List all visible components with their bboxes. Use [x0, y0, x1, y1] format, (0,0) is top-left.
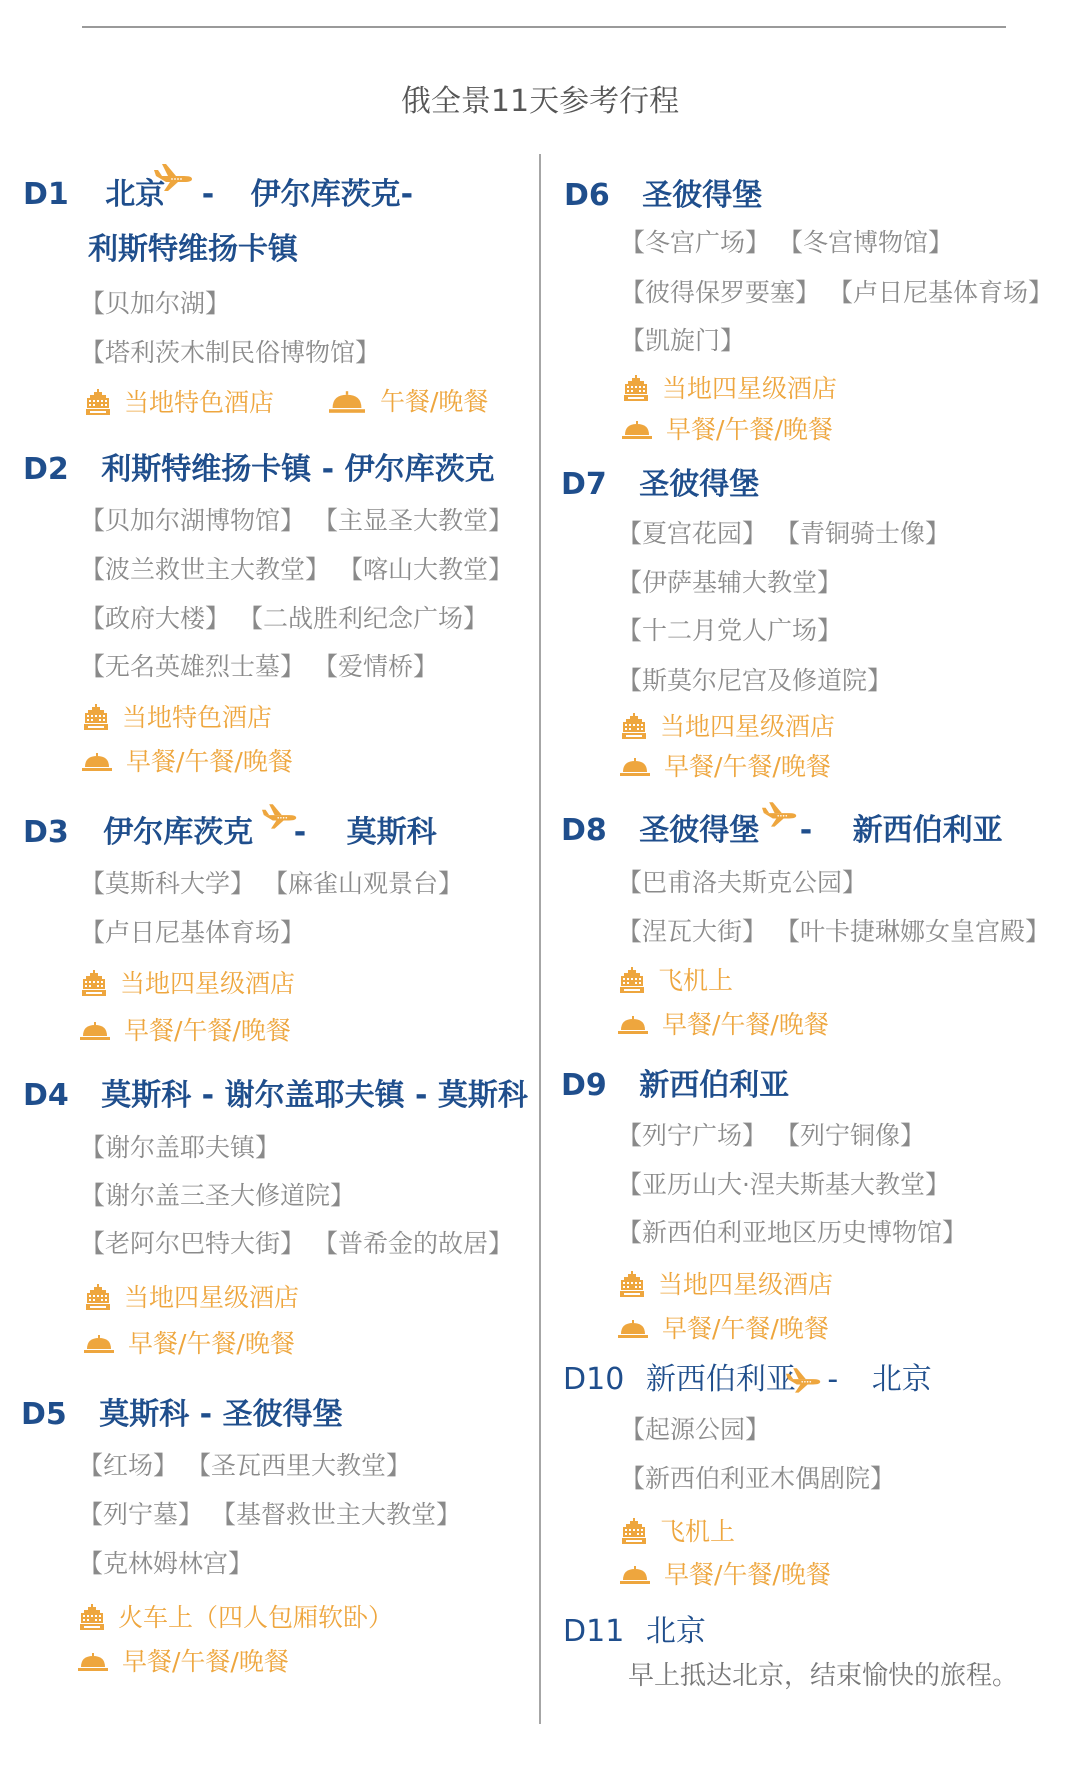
- hotel-info: 当地四星级酒店: [624, 375, 837, 401]
- day-note: 早上抵达北京，结束愉快的旅程。: [628, 1663, 1018, 1689]
- route-separator: -: [827, 1362, 838, 1397]
- day-number: D2: [23, 452, 69, 487]
- sight-line: 【十二月党人广场】: [617, 618, 842, 643]
- sight-line: 【政府大楼】 【二战胜利纪念广场】: [80, 606, 488, 631]
- sight-line: 【伊萨基辅大教堂】: [617, 570, 842, 595]
- hotel-text: 当地四星级酒店: [660, 714, 835, 739]
- hotel-text: 当地特色酒店: [124, 390, 274, 415]
- day-number: D9: [561, 1068, 607, 1103]
- hotel-icon: [624, 375, 648, 401]
- meal-info: 早餐/午餐/晚餐: [78, 1649, 289, 1674]
- hotel-info: 飞机上: [622, 1518, 735, 1544]
- top-divider-rule: [82, 26, 1006, 28]
- meal-cloche-icon: [620, 1565, 650, 1585]
- hotel-info: 当地四星级酒店: [86, 1284, 299, 1310]
- hotel-info: 火车上（四人包厢软卧）: [80, 1604, 393, 1630]
- meal-info: 早餐/午餐/晚餐: [620, 754, 831, 779]
- meal-text: 早餐/午餐/晚餐: [126, 749, 293, 774]
- meal-text: 早餐/午餐/晚餐: [128, 1331, 295, 1356]
- day-number: D6: [564, 178, 610, 213]
- sight-line: 【塔利茨木制民俗博物馆】: [80, 340, 380, 365]
- sight-line: 【老阿尔巴特大街】 【普希金的故居】: [80, 1231, 513, 1256]
- sight-line: 【亚历山大·涅夫斯基大教堂】: [617, 1172, 950, 1197]
- hotel-icon: [86, 389, 110, 415]
- meal-cloche-icon: [84, 1334, 114, 1354]
- route-to: 伊尔库茨克-: [251, 177, 413, 212]
- sight-line: 【起源公园】: [620, 1417, 770, 1442]
- route-from: 圣彼得堡: [639, 813, 759, 848]
- day-title: D2 利斯特维扬卡镇 - 伊尔库茨克: [23, 455, 495, 485]
- day-title: D4 莫斯科 - 谢尔盖耶夫镇 - 莫斯科: [23, 1081, 528, 1111]
- route: 莫斯科 - 圣彼得堡: [99, 1397, 342, 1432]
- sight-line: 【红场】 【圣瓦西里大教堂】: [78, 1453, 411, 1478]
- hotel-text: 当地四星级酒店: [120, 971, 295, 996]
- meal-cloche-icon: [618, 1015, 648, 1035]
- sight-line: 【波兰救世主大教堂】 【喀山大教堂】: [80, 557, 513, 582]
- hotel-info: 当地四星级酒店: [622, 713, 835, 739]
- meal-cloche-icon: [80, 1021, 110, 1041]
- meal-text: 午餐/晚餐: [380, 389, 488, 414]
- hotel-info: 当地特色酒店: [84, 704, 272, 730]
- route-from: 新西伯利亚: [646, 1362, 796, 1397]
- hotel-info: 当地四星级酒店: [82, 970, 295, 996]
- meal-cloche-icon: [328, 390, 366, 414]
- route: 圣彼得堡: [642, 178, 762, 213]
- day-title: D10 新西伯利亚 - 北京: [563, 1365, 932, 1395]
- day-title: D6 圣彼得堡: [564, 181, 762, 211]
- sight-line: 【涅瓦大街】 【叶卡捷琳娜女皇宫殿】: [617, 919, 1050, 944]
- hotel-text: 飞机上: [658, 968, 733, 993]
- route-from: 伊尔库茨克: [103, 815, 253, 850]
- sight-line: 【无名英雄烈士墓】 【爱情桥】: [80, 654, 438, 679]
- plane-icon: [154, 162, 194, 192]
- day-title: D9 新西伯利亚: [561, 1071, 789, 1101]
- meal-info: 早餐/午餐/晚餐: [618, 1012, 829, 1037]
- meal-cloche-icon: [618, 1319, 648, 1339]
- route: 利斯特维扬卡镇 - 伊尔库茨克: [101, 452, 494, 487]
- hotel-text: 火车上（四人包厢软卧）: [118, 1605, 393, 1630]
- route-to: 莫斯科: [347, 815, 437, 850]
- sight-line: 【夏宫花园】 【青铜骑士像】: [617, 521, 950, 546]
- meal-cloche-icon: [78, 1652, 108, 1672]
- plane-icon: [762, 800, 798, 828]
- day-title: D7 圣彼得堡: [561, 470, 759, 500]
- sight-line: 【莫斯科大学】 【麻雀山观景台】: [80, 871, 463, 896]
- hotel-icon: [620, 967, 644, 993]
- hotel-icon: [80, 1604, 104, 1630]
- route: 北京: [646, 1614, 706, 1649]
- day-title: D5 莫斯科 - 圣彼得堡: [21, 1400, 343, 1430]
- sight-line: 【谢尔盖耶夫镇】: [80, 1135, 280, 1160]
- meal-info: 早餐/午餐/晚餐: [620, 1562, 831, 1587]
- route-separator: -: [202, 177, 214, 212]
- meal-text: 早餐/午餐/晚餐: [662, 1316, 829, 1341]
- day-title: D3 伊尔库茨克 - 莫斯科: [23, 818, 437, 848]
- meal-text: 早餐/午餐/晚餐: [664, 1562, 831, 1587]
- hotel-text: 当地四星级酒店: [658, 1272, 833, 1297]
- day-number: D5: [21, 1397, 67, 1432]
- meal-info: 午餐/晚餐: [328, 389, 488, 414]
- route-to: 北京: [872, 1362, 932, 1397]
- route-separator: -: [800, 813, 812, 848]
- sight-line: 【卢日尼基体育场】: [80, 920, 305, 945]
- meal-cloche-icon: [82, 752, 112, 772]
- meal-info: 早餐/午餐/晚餐: [84, 1331, 295, 1356]
- sight-line: 【新西伯利亚地区历史博物馆】: [617, 1220, 967, 1245]
- meal-info: 早餐/午餐/晚餐: [618, 1316, 829, 1341]
- sight-line: 【彼得保罗要塞】 【卢日尼基体育场】: [620, 280, 1053, 305]
- column-divider: [539, 154, 541, 1724]
- meal-cloche-icon: [620, 757, 650, 777]
- sight-line: 【克林姆林宫】: [78, 1551, 253, 1576]
- route: 新西伯利亚: [639, 1068, 789, 1103]
- plane-icon: [262, 802, 298, 830]
- hotel-info: 当地特色酒店: [86, 389, 274, 415]
- meal-info: 早餐/午餐/晚餐: [82, 749, 293, 774]
- hotel-icon: [82, 970, 106, 996]
- hotel-text: 当地四星级酒店: [124, 1285, 299, 1310]
- day-number: D4: [23, 1078, 69, 1113]
- hotel-icon: [622, 1518, 646, 1544]
- sight-line: 【列宁广场】 【列宁铜像】: [617, 1123, 925, 1148]
- sight-line: 【新西伯利亚木偶剧院】: [620, 1466, 895, 1491]
- hotel-text: 当地特色酒店: [122, 705, 272, 730]
- route: 圣彼得堡: [639, 467, 759, 502]
- meal-info: 早餐/午餐/晚餐: [80, 1018, 291, 1043]
- sight-line: 【贝加尔湖】: [80, 291, 230, 316]
- meal-text: 早餐/午餐/晚餐: [666, 417, 833, 442]
- day-number: D7: [561, 467, 607, 502]
- sight-line: 【巴甫洛夫斯克公园】: [617, 870, 867, 895]
- meal-text: 早餐/午餐/晚餐: [662, 1012, 829, 1037]
- sight-line: 【凯旋门】: [620, 328, 745, 353]
- hotel-info: 飞机上: [620, 967, 733, 993]
- day-number: D1: [23, 177, 69, 212]
- hotel-icon: [84, 704, 108, 730]
- sight-line: 【贝加尔湖博物馆】 【主显圣大教堂】: [80, 508, 513, 533]
- day-number: D3: [23, 815, 69, 850]
- day-number: D10: [563, 1362, 624, 1397]
- route: 莫斯科 - 谢尔盖耶夫镇 - 莫斯科: [101, 1078, 528, 1113]
- meal-text: 早餐/午餐/晚餐: [122, 1649, 289, 1674]
- day-title: D1 北京 - 伊尔库茨克-: [23, 180, 413, 210]
- sight-line: 【斯莫尔尼宫及修道院】: [617, 668, 892, 693]
- meal-info: 早餐/午餐/晚餐: [622, 417, 833, 442]
- plane-icon: [786, 1366, 822, 1394]
- hotel-info: 当地四星级酒店: [620, 1271, 833, 1297]
- hotel-text: 飞机上: [660, 1519, 735, 1544]
- sight-line: 【谢尔盖三圣大修道院】: [80, 1183, 355, 1208]
- meal-text: 早餐/午餐/晚餐: [664, 754, 831, 779]
- day-title: D11 北京: [563, 1617, 706, 1647]
- route-line2: 利斯特维扬卡镇: [88, 235, 298, 265]
- hotel-text: 当地四星级酒店: [662, 376, 837, 401]
- sight-line: 【冬宫广场】 【冬宫博物馆】: [620, 230, 953, 255]
- hotel-icon: [622, 713, 646, 739]
- meal-cloche-icon: [622, 420, 652, 440]
- day-number: D11: [563, 1614, 624, 1649]
- hotel-icon: [620, 1271, 644, 1297]
- sight-line: 【列宁墓】 【基督救世主大教堂】: [78, 1502, 461, 1527]
- route-to: 新西伯利亚: [853, 813, 1003, 848]
- day-number: D8: [561, 813, 607, 848]
- hotel-icon: [86, 1284, 110, 1310]
- meal-text: 早餐/午餐/晚餐: [124, 1018, 291, 1043]
- page-title: 俄全景11天参考行程: [0, 76, 1080, 120]
